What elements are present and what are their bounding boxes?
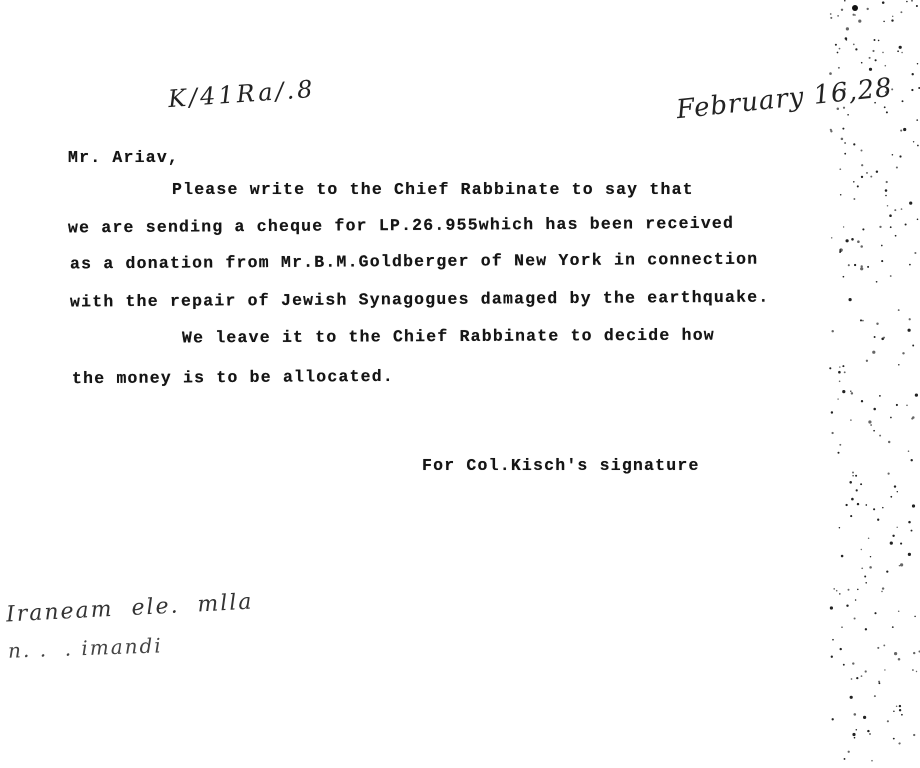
salutation: Mr. Ariav, xyxy=(68,148,179,167)
scanned-letter-page: K/41Ra/.8 February 16,28 Mr. Ariav, Plea… xyxy=(0,0,920,768)
signature-line: For Col.Kisch's signature xyxy=(422,456,700,475)
handwritten-reference-number: K/41Ra/.8 xyxy=(167,75,316,113)
body-line-3: as a donation from Mr.B.M.Goldberger of … xyxy=(70,250,758,274)
body-line-1: Please write to the Chief Rabbinate to s… xyxy=(172,180,694,199)
body-line-6: the money is to be allocated. xyxy=(72,367,394,388)
body-line-5: We leave it to the Chief Rabbinate to de… xyxy=(182,326,715,348)
handwritten-note-line-1: Iraneam ele. mlla xyxy=(6,590,255,628)
handwritten-date: February 16,28 xyxy=(675,73,894,126)
body-line-4: with the repair of Jewish Synagogues dam… xyxy=(70,288,770,312)
handwritten-note-line-2: n. . . imandi xyxy=(8,633,163,662)
body-line-2: we are sending a cheque for LP.26.955whi… xyxy=(68,214,734,238)
